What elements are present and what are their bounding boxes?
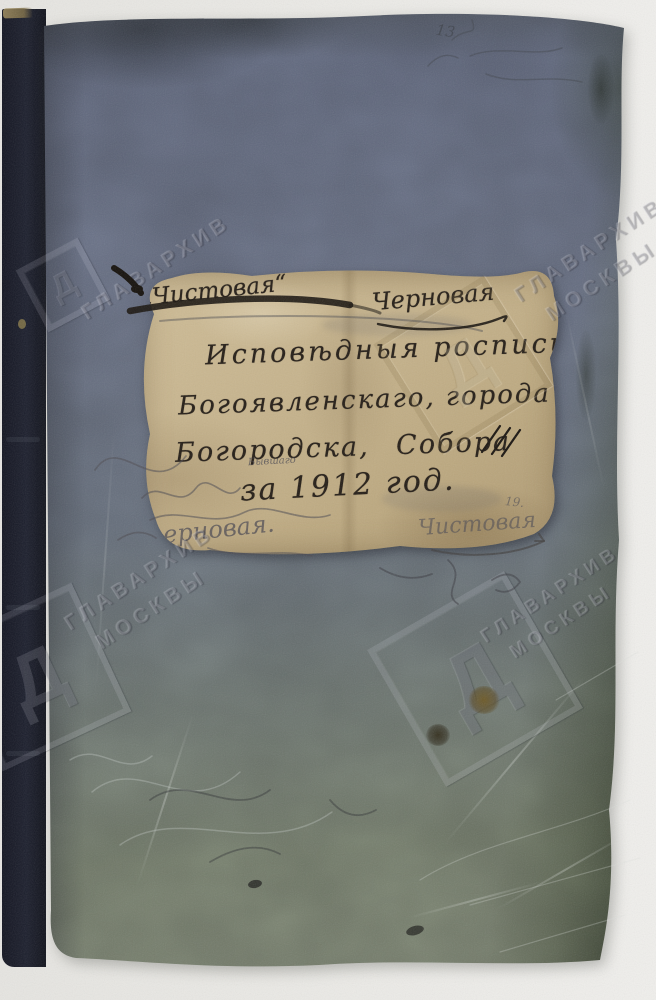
label-paper: „Чистовая“ Черновая Исповѣдныя росписи Б… bbox=[132, 266, 566, 562]
label-draft-word: Черновая bbox=[371, 278, 496, 317]
spine-ridge bbox=[6, 751, 40, 756]
label-pencil-bottom-right: Чистовая bbox=[417, 508, 537, 541]
archival-scan: ГЛАВАРХИВ Д ГЛАВАРХИВ МОСКВЫ ГЛАВАРХИВ М… bbox=[0, 0, 656, 1000]
paper-label: „Чистовая“ Черновая Исповѣдныя росписи Б… bbox=[132, 266, 566, 562]
spine-wear-fleck bbox=[18, 319, 26, 329]
cover-pencil-note: 13 bbox=[435, 21, 456, 41]
spine-ridge bbox=[6, 437, 40, 442]
spine-top-wear bbox=[3, 7, 33, 18]
label-title-line-2: Богоявленскаго, города bbox=[178, 379, 552, 422]
book-spine bbox=[2, 9, 46, 967]
spine-ridge bbox=[6, 605, 40, 610]
stain-spot bbox=[588, 54, 614, 124]
label-pencil-number: 19. bbox=[504, 494, 524, 510]
label-pencil-bottom-left: черновая. bbox=[147, 509, 276, 550]
label-title-line-1: Исповѣдныя росписи bbox=[205, 328, 571, 372]
stain-spot bbox=[426, 724, 450, 746]
label-pencil-above-year: Бывшаго bbox=[248, 455, 296, 468]
label-title-line-3: Богородска, Собора bbox=[175, 426, 512, 469]
label-crossed-word: „Чистовая“ bbox=[139, 270, 288, 311]
stain-spot bbox=[468, 686, 500, 714]
stain-spot bbox=[576, 330, 596, 420]
